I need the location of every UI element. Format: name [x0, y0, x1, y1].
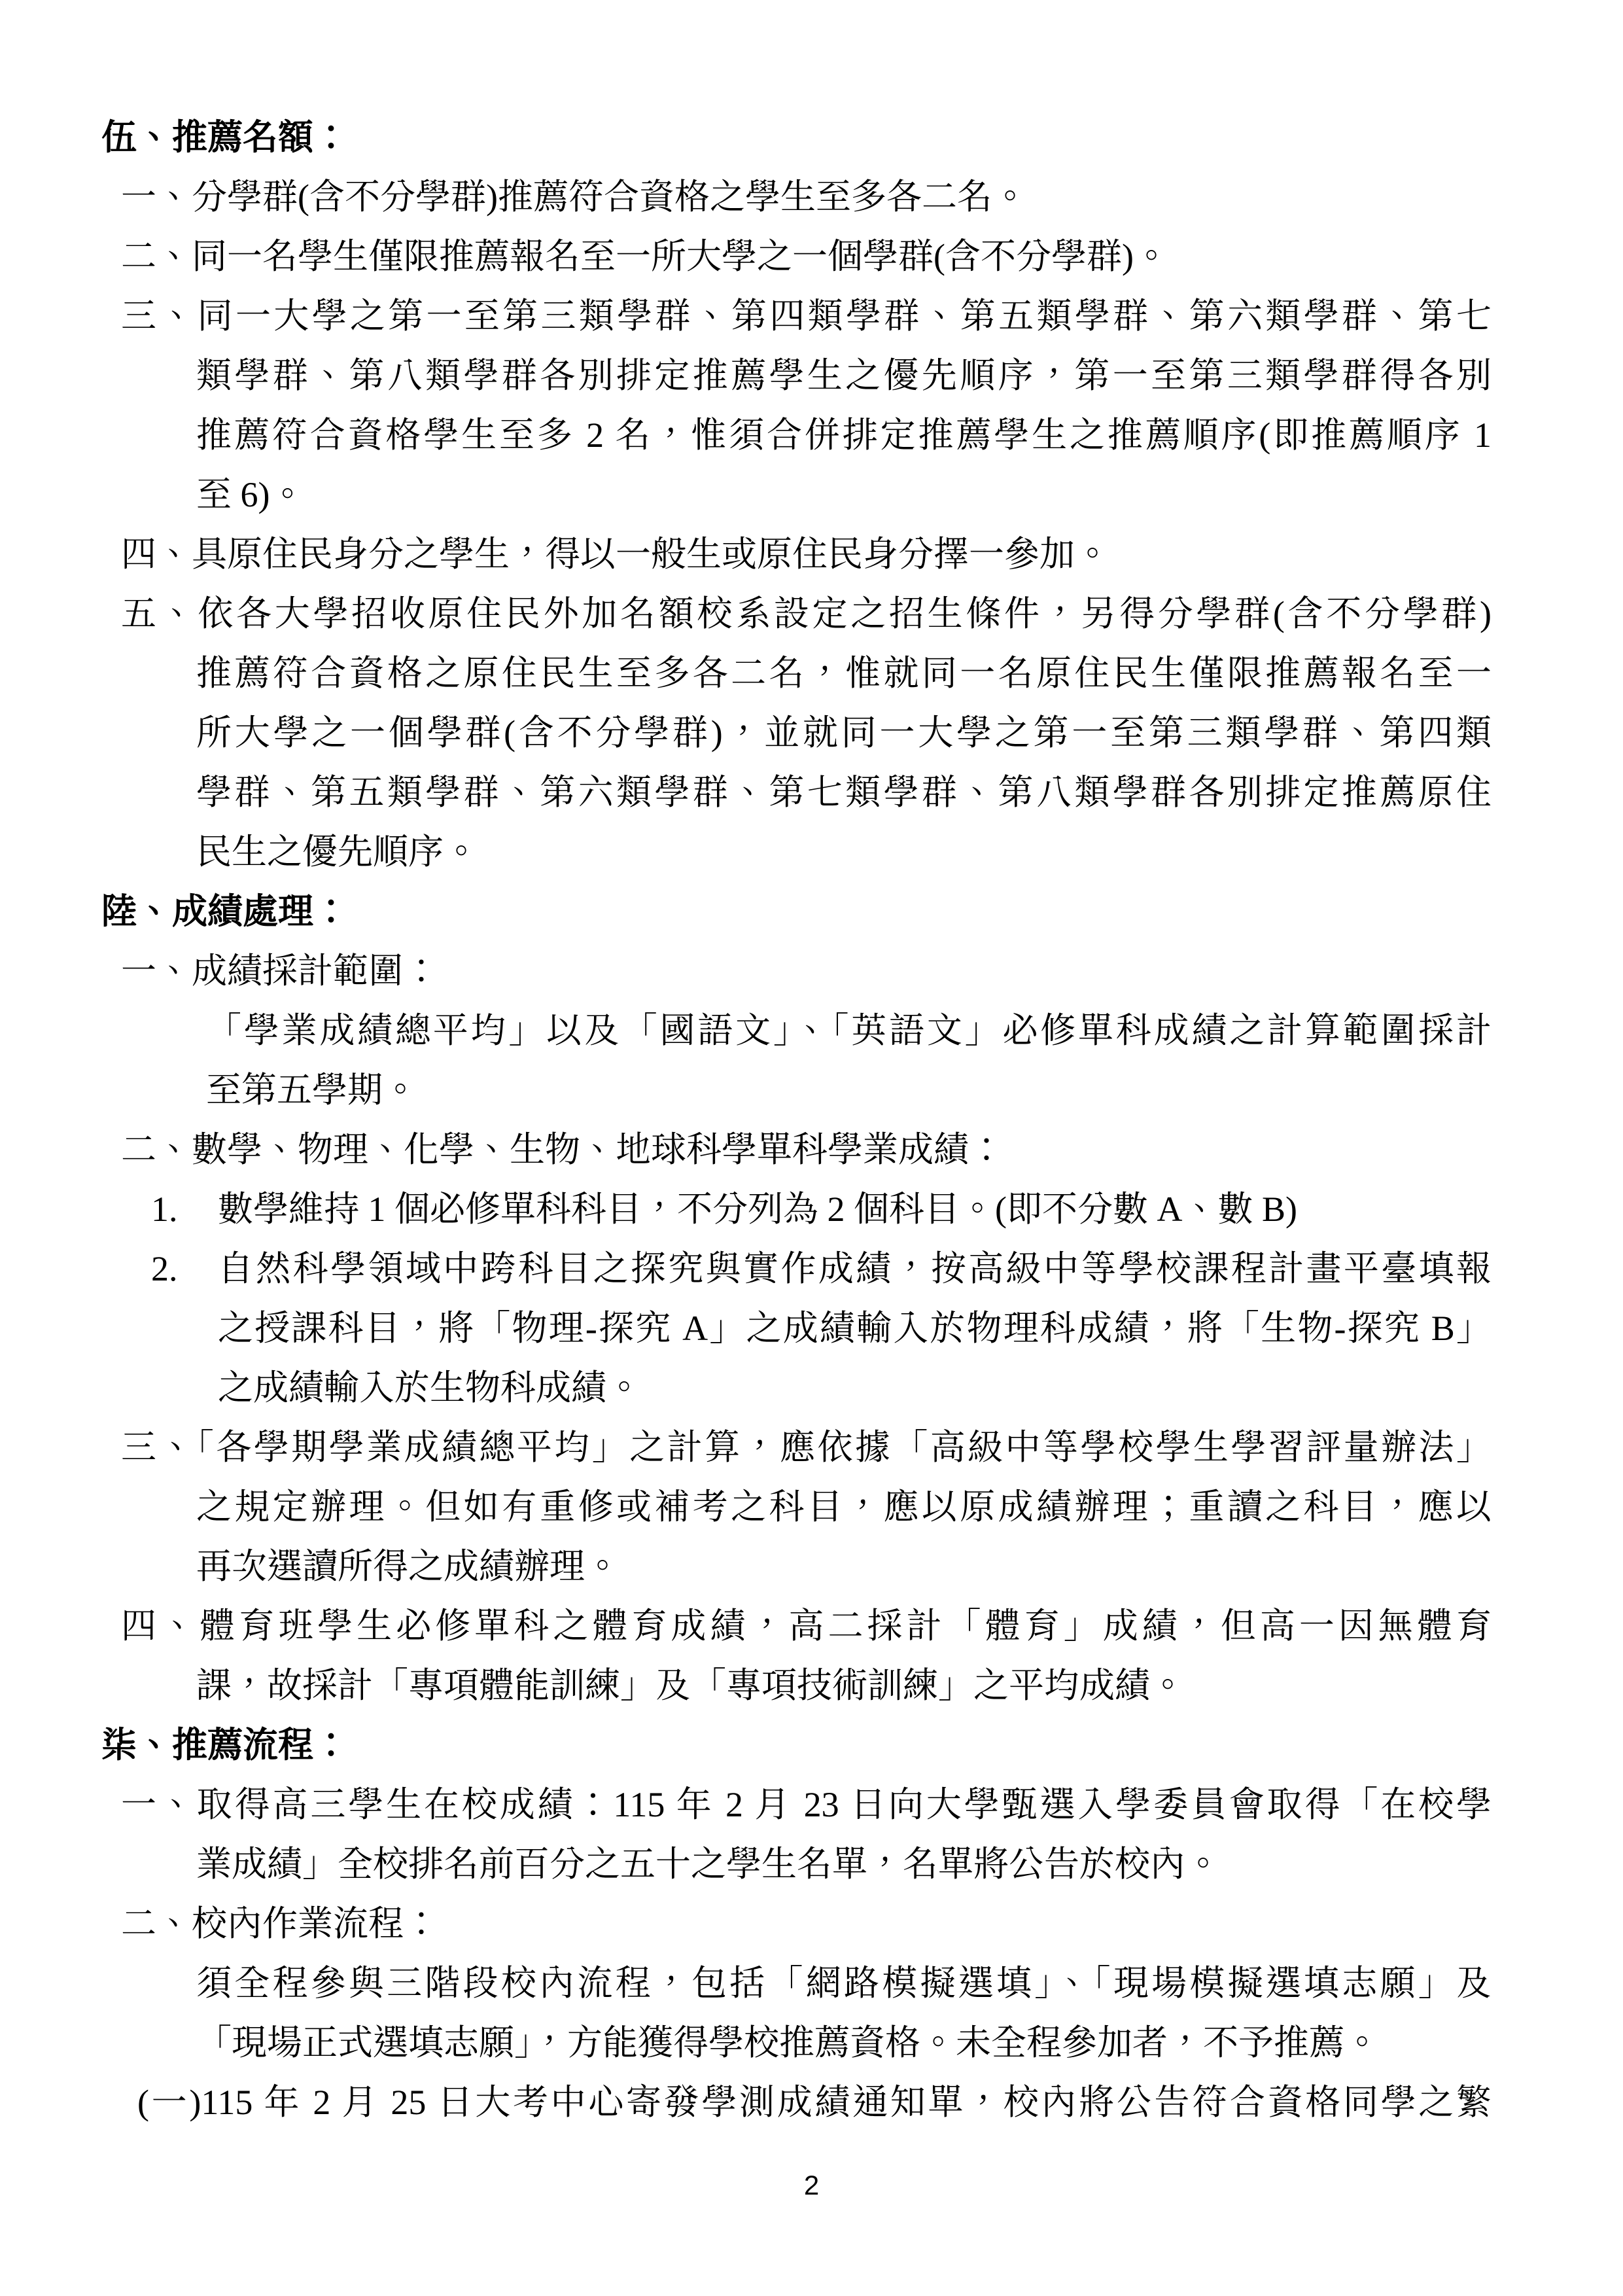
list-item: 二、數學、物理、化學、生物、地球科學單科學業成績： — [121, 1120, 1623, 1180]
sub-item-number: 2. — [151, 1239, 218, 1299]
list-item: 五、依各大學招收原住民外加名額校系設定之招生條件，另得分學群(含不分學群) — [121, 584, 1492, 644]
list-item: 四、體育班學生必修單科之體育成績，高二採計「體育」成績，但高一因無體育 — [121, 1597, 1492, 1656]
section-heading-5: 伍、推薦名額： — [101, 108, 1623, 168]
list-item-continuation: 課，故採計「專項體能訓練」及「專項技術訓練」之平均成績。 — [196, 1656, 1623, 1716]
paragraph-continuation: 須全程參與三階段校內流程，包括「網路模擬選填」、「現場模擬選填志願」及 — [196, 1954, 1492, 2013]
list-item: 一、取得高三學生在校成績：115 年 2 月 23 日向大學甄選入學委員會取得「… — [121, 1775, 1492, 1835]
list-item-continuation: 所大學之一個學群(含不分學群)，並就同一大學之第一至第三類學群、第四類 — [196, 703, 1492, 763]
page-number: 2 — [0, 2166, 1623, 2205]
sub-item-text: 自然科學領域中跨科目之探究與實作成績，按高級中等學校課程計畫平臺填報 — [218, 1239, 1492, 1299]
list-item-continuation: 學群、第五類學群、第六類學群、第七類學群、第八類學群各別排定推薦原住 — [196, 763, 1492, 822]
list-item: 二、同一名學生僅限推薦報名至一所大學之一個學群(含不分學群)。 — [121, 227, 1623, 287]
list-item-continuation: 至 6)。 — [196, 465, 1623, 525]
numbered-paragraph: (一)115 年 2 月 25 日大考中心寄發學測成績通知單，校內將公告符合資格… — [137, 2073, 1492, 2132]
list-item: 三、同一大學之第一至第三類學群、第四類學群、第五類學群、第六類學群、第七 — [121, 287, 1492, 346]
sub-item-continuation: 之授課科目，將「物理-探究 A」之成績輸入於物理科成績，將「生物-探究 B」 — [218, 1299, 1492, 1358]
section-heading-7: 柒、推薦流程： — [101, 1716, 1623, 1775]
list-item-continuation: 推薦符合資格之原住民生至多各二名，惟就同一名原住民生僅限推薦報名至一 — [196, 644, 1492, 703]
list-item-continuation: 再次選讀所得之成績辦理。 — [196, 1537, 1623, 1597]
list-item: 一、成績採計範圍： — [121, 942, 1623, 1001]
sub-list-item: 1. 數學維持 1 個必修單科科目，不分列為 2 個科目。(即不分數 A、數 B… — [151, 1180, 1623, 1239]
paragraph-continuation: 「學業成績總平均」以及「國語文」、「英語文」必修單科成績之計算範圍採計 — [206, 1001, 1492, 1061]
sub-item-number: 1. — [151, 1180, 218, 1239]
list-item: 四、具原住民身分之學生，得以一般生或原住民身分擇一參加。 — [121, 525, 1623, 584]
list-item: 一、分學群(含不分學群)推薦符合資格之學生至多各二名。 — [121, 168, 1623, 227]
list-item-continuation: 民生之優先順序。 — [196, 822, 1623, 882]
document-body: 伍、推薦名額： 一、分學群(含不分學群)推薦符合資格之學生至多各二名。 二、同一… — [0, 108, 1623, 2132]
section-heading-6: 陸、成績處理： — [101, 882, 1623, 942]
paragraph-continuation: 「現場正式選填志願」，方能獲得學校推薦資格。未全程參加者，不予推薦。 — [196, 2013, 1623, 2073]
list-item-continuation: 推薦符合資格學生至多 2 名，惟須合併排定推薦學生之推薦順序(即推薦順序 1 — [196, 406, 1492, 465]
document-page: 伍、推薦名額： 一、分學群(含不分學群)推薦符合資格之學生至多各二名。 二、同一… — [0, 0, 1623, 2296]
list-item-continuation: 類學群、第八類學群各別排定推薦學生之優先順序，第一至第三類學群得各別 — [196, 346, 1492, 406]
list-item-continuation: 之規定辦理。但如有重修或補考之科目，應以原成績辦理；重讀之科目，應以 — [196, 1477, 1492, 1537]
list-item: 二、校內作業流程： — [121, 1894, 1623, 1954]
sub-list-item: 2. 自然科學領域中跨科目之探究與實作成績，按高級中等學校課程計畫平臺填報 — [151, 1239, 1492, 1299]
list-item: 三、「各學期學業成績總平均」之計算，應依據「高級中等學校學生學習評量辦法」 — [121, 1418, 1492, 1477]
sub-item-text: 數學維持 1 個必修單科科目，不分列為 2 個科目。(即不分數 A、數 B) — [218, 1180, 1623, 1239]
list-item-continuation: 業成績」全校排名前百分之五十之學生名單，名單將公告於校內。 — [196, 1835, 1623, 1894]
sub-item-continuation: 之成績輸入於生物科成績。 — [218, 1358, 1623, 1418]
paragraph-continuation: 至第五學期。 — [206, 1061, 1623, 1120]
